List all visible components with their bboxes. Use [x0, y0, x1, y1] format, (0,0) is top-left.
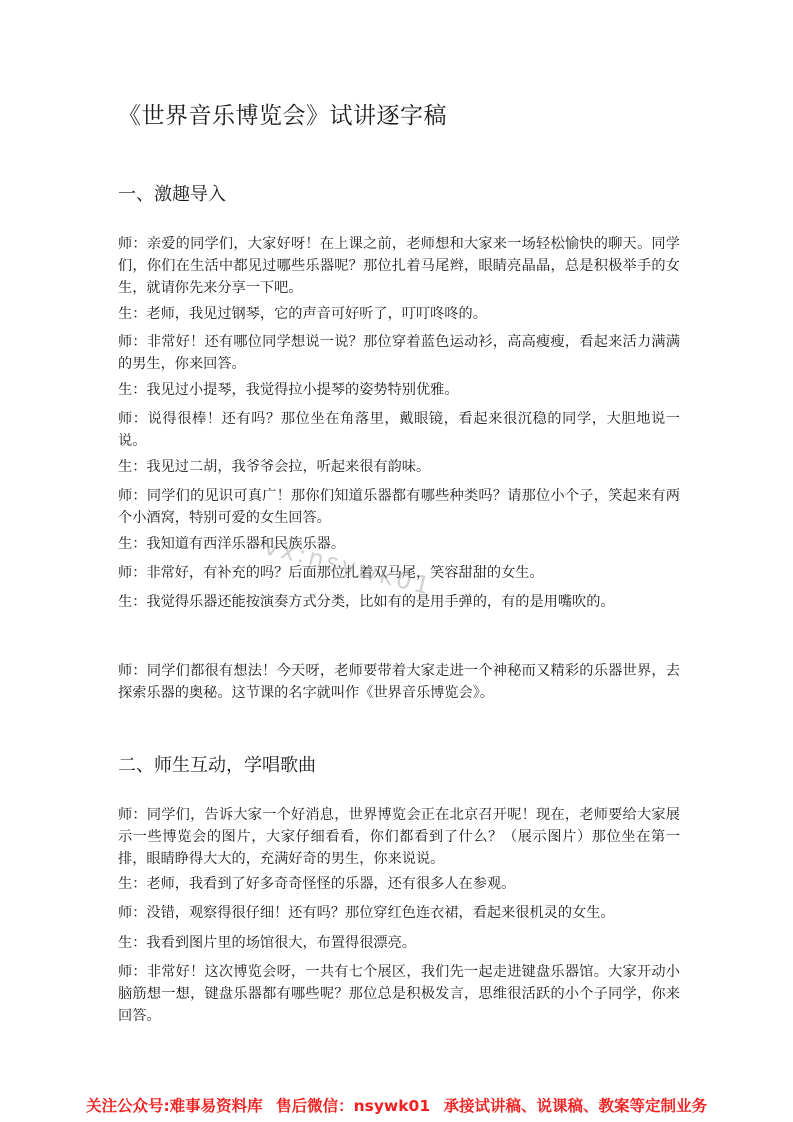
paragraph: 师：亲爱的同学们，大家好呀！在上课之前，老师想和大家来一场轻松愉快的聊天。同学们… — [118, 233, 680, 299]
paragraph: 师：同学们的见识可真广！那你们知道乐器都有哪些种类吗？请那位小个子，笑起来有两个… — [118, 485, 680, 529]
paragraph: 生：我知道有西洋乐器和民族乐器。 — [118, 533, 680, 555]
paragraph: 师：非常好！这次博览会呀，一共有七个展区，我们先一起走进键盘乐器馆。大家开动小脑… — [118, 961, 680, 1027]
paragraph: 师：同学们，告诉大家一个好消息，世界博览会正在北京召开呢！现在，老师要给大家展示… — [118, 804, 680, 870]
document-page: 《世界音乐博览会》试讲逐字稿 一、激趣导入 师：亲爱的同学们，大家好呀！在上课之… — [0, 0, 793, 1122]
document-title: 《世界音乐博览会》试讲逐字稿 — [118, 100, 447, 132]
paragraph: 生：我见过二胡，我爷爷会拉，听起来很有韵味。 — [118, 456, 680, 478]
section-heading-2: 二、师生互动，学唱歌曲 — [118, 753, 316, 779]
footer-account: 关注公众号:难事易资料库 — [86, 1097, 263, 1115]
paragraph: 师：非常好！还有哪位同学想说一说？那位穿着蓝色运动衫，高高瘦瘦，看起来活力满满的… — [118, 331, 680, 375]
paragraph: 生：我见过小提琴，我觉得拉小提琴的姿势特别优雅。 — [118, 379, 680, 401]
footer-services: 承接试讲稿、说课稿、教案等定制业务 — [444, 1097, 708, 1115]
paragraph: 师：没错，观察得很仔细！还有吗？那位穿红色连衣裙，看起来很机灵的女生。 — [118, 902, 680, 924]
paragraph: 生：我觉得乐器还能按演奏方式分类，比如有的是用手弹的，有的是用嘴吹的。 — [118, 591, 680, 613]
paragraph: 生：老师，我看到了好多奇奇怪怪的乐器，还有很多人在参观。 — [118, 873, 680, 895]
section-heading-1: 一、激趣导入 — [118, 182, 226, 208]
paragraph: 生：老师，我见过钢琴，它的声音可好听了，叮叮咚咚的。 — [118, 303, 680, 325]
paragraph: 师：同学们都很有想法！今天呀，老师要带着大家走进一个神秘而又精彩的乐器世界，去探… — [118, 660, 680, 704]
paragraph: 生：我看到图片里的场馆很大，布置得很漂亮。 — [118, 932, 680, 954]
footer-wechat: 售后微信：nsywk01 — [276, 1097, 430, 1115]
paragraph: 师：非常好，有补充的吗？后面那位扎着双马尾，笑容甜甜的女生。 — [118, 562, 680, 584]
footer-banner: 关注公众号:难事易资料库 售后微信：nsywk01 承接试讲稿、说课稿、教案等定… — [0, 1094, 793, 1118]
paragraph: 师：说得很棒！还有吗？那位坐在角落里，戴眼镜，看起来很沉稳的同学，大胆地说一说。 — [118, 408, 680, 452]
